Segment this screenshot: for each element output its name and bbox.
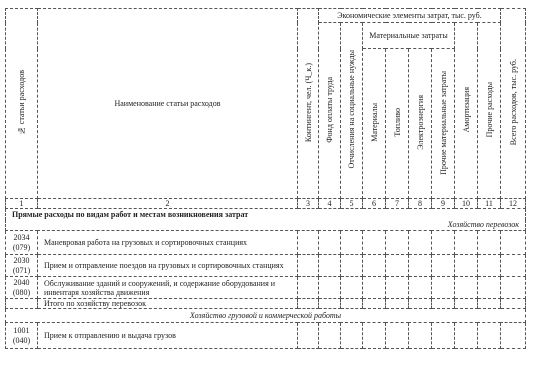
header-other-material: Прочие материальные затраты	[432, 49, 455, 199]
article-code: 2040(080)	[6, 277, 38, 299]
column-number: 5	[341, 199, 363, 209]
cell-4[interactable]	[319, 231, 341, 255]
cell-8[interactable]	[409, 299, 432, 309]
total-row: Итого по хозяйству перевозок	[6, 299, 526, 309]
column-number: 6	[363, 199, 386, 209]
cell-7[interactable]	[386, 255, 409, 277]
expense-table: № статьи расходов Наименование статьи ра…	[5, 8, 526, 349]
header-headcount: Контингент, чел. (Ч_к.)	[298, 9, 319, 199]
header-total-expenses: Всего расходов, тыс. руб.	[501, 9, 526, 199]
cell-8[interactable]	[409, 255, 432, 277]
header-social-contributions: Отчисления на социальные нужды	[341, 23, 363, 199]
article-name: Прием и отправление поездов на грузовых …	[38, 255, 298, 277]
cell-3[interactable]	[298, 255, 319, 277]
cell-11[interactable]	[478, 277, 501, 299]
cell-12[interactable]	[501, 255, 526, 277]
cell-5[interactable]	[341, 231, 363, 255]
cell-9[interactable]	[432, 255, 455, 277]
cell-10[interactable]	[455, 255, 478, 277]
header-depreciation: Амортизация	[455, 23, 478, 199]
subsection-title: Хозяйство перевозок	[6, 220, 526, 231]
cell-3[interactable]	[298, 277, 319, 299]
article-name: Обслуживание зданий и сооружений, и соде…	[38, 277, 298, 299]
cell-8[interactable]	[409, 231, 432, 255]
cell-10[interactable]	[455, 299, 478, 309]
cell-10[interactable]	[455, 323, 478, 349]
cell-5[interactable]	[341, 323, 363, 349]
cell-3[interactable]	[298, 323, 319, 349]
cell-6[interactable]	[363, 323, 386, 349]
column-number: 3	[298, 199, 319, 209]
cell-7[interactable]	[386, 323, 409, 349]
header-materials: Материалы	[363, 49, 386, 199]
header-fuel: Топливо	[386, 49, 409, 199]
article-name: Прием к отправлению и выдача грузов	[38, 323, 298, 349]
cell-11[interactable]	[478, 255, 501, 277]
cell-11[interactable]	[478, 299, 501, 309]
section-title: Прямые расходы по видам работ и местам в…	[6, 209, 526, 220]
cell-4[interactable]	[319, 299, 341, 309]
header-other-expenses: Прочие расходы	[478, 23, 501, 199]
table-row: 2034(079) Маневровая работа на грузовых …	[6, 231, 526, 255]
cell-7[interactable]	[386, 277, 409, 299]
cell-7[interactable]	[386, 299, 409, 309]
article-code: 2030(071)	[6, 255, 38, 277]
cell-7[interactable]	[386, 231, 409, 255]
cell-9[interactable]	[432, 231, 455, 255]
cell-12[interactable]	[501, 277, 526, 299]
cell-11[interactable]	[478, 231, 501, 255]
column-number: 7	[386, 199, 409, 209]
table-row: 1001(040) Прием к отправлению и выдача г…	[6, 323, 526, 349]
cell-6[interactable]	[363, 231, 386, 255]
cell-6[interactable]	[363, 255, 386, 277]
cell-12[interactable]	[501, 323, 526, 349]
cell-9[interactable]	[432, 323, 455, 349]
article-code: 1001(040)	[6, 323, 38, 349]
article-code: 2034(079)	[6, 231, 38, 255]
cell-4[interactable]	[319, 277, 341, 299]
header-electricity: Электроэнергия	[409, 49, 432, 199]
cell-4[interactable]	[319, 255, 341, 277]
column-number: 4	[319, 199, 341, 209]
header-economic-elements: Экономические элементы затрат, тыс. руб.	[319, 9, 501, 23]
cell-10[interactable]	[455, 231, 478, 255]
cell-8[interactable]	[409, 277, 432, 299]
subsection-title: Хозяйство грузовой и коммерческой работы	[6, 309, 526, 323]
cell-3[interactable]	[298, 231, 319, 255]
cell-6[interactable]	[363, 277, 386, 299]
column-number: 10	[455, 199, 478, 209]
column-number: 11	[478, 199, 501, 209]
cell-12[interactable]	[501, 299, 526, 309]
cell-9[interactable]	[432, 277, 455, 299]
cell-5[interactable]	[341, 277, 363, 299]
header-material-costs: Материальные затраты	[363, 23, 455, 49]
cell-4[interactable]	[319, 323, 341, 349]
cell-5[interactable]	[341, 255, 363, 277]
cell-11[interactable]	[478, 323, 501, 349]
column-number: 8	[409, 199, 432, 209]
cell-12[interactable]	[501, 231, 526, 255]
article-code	[6, 299, 38, 309]
cell-9[interactable]	[432, 299, 455, 309]
table-row: 2040(080) Обслуживание зданий и сооружен…	[6, 277, 526, 299]
table-row: 2030(071) Прием и отправление поездов на…	[6, 255, 526, 277]
header-article-number: № статьи расходов	[6, 9, 38, 199]
header-wage-fund: Фонд оплаты труда	[319, 23, 341, 199]
article-name: Маневровая работа на грузовых и сортиров…	[38, 231, 298, 255]
total-label: Итого по хозяйству перевозок	[38, 299, 298, 309]
cell-5[interactable]	[341, 299, 363, 309]
column-number: 12	[501, 199, 526, 209]
column-number: 2	[38, 199, 298, 209]
column-number: 9	[432, 199, 455, 209]
column-number-row: 1 2 3 4 5 6 7 8 9 10 11 12	[6, 199, 526, 209]
cell-6[interactable]	[363, 299, 386, 309]
header-article-name: Наименование статьи расходов	[38, 9, 298, 199]
expense-table-document: № статьи расходов Наименование статьи ра…	[5, 8, 526, 349]
cell-3[interactable]	[298, 299, 319, 309]
cell-10[interactable]	[455, 277, 478, 299]
cell-8[interactable]	[409, 323, 432, 349]
column-number: 1	[6, 199, 38, 209]
